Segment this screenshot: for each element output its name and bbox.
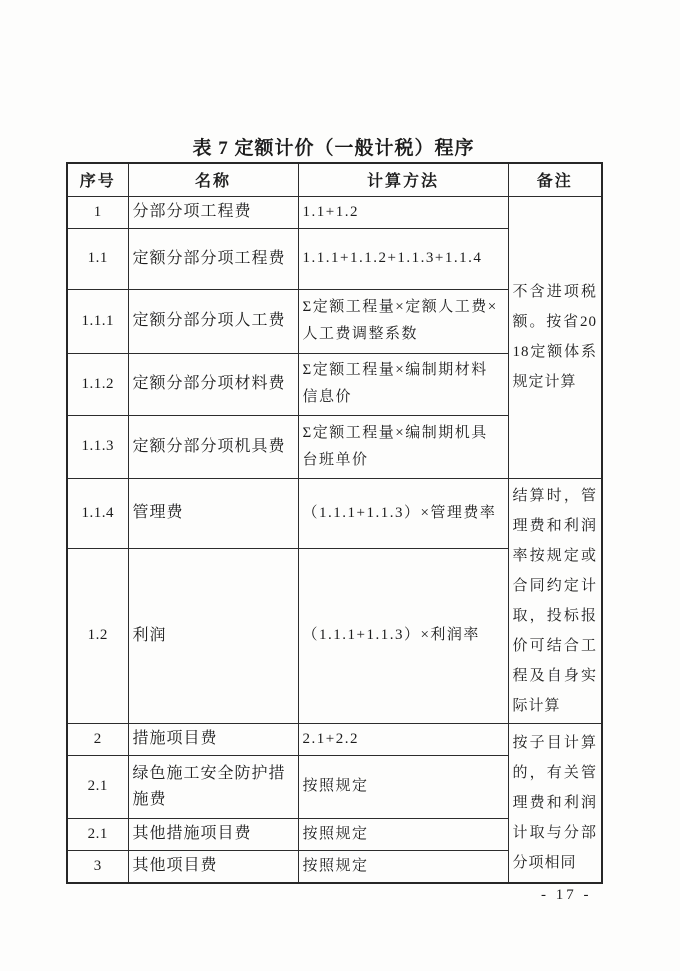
row-no-cell: 1.1.2 (67, 353, 128, 415)
row-no-cell: 3 (67, 850, 128, 883)
row-method-cell: 1.1+1.2 (298, 196, 508, 228)
row-no-cell: 1.2 (67, 549, 128, 723)
row-method-cell: （1.1.1+1.1.3）×利润率 (298, 549, 508, 723)
row-no-cell: 2.1 (67, 818, 128, 850)
row-method-cell: Σ定额工程量×编制期机具台班单价 (298, 415, 508, 478)
row-name-cell: 定额分部分项工程费 (128, 228, 298, 289)
col-header-remark: 备注 (508, 163, 602, 196)
row-name-cell: 分部分项工程费 (128, 196, 298, 228)
table-row: 1 分部分项工程费 1.1+1.2 不含进项税额。按省2018定额体系规定计算 (67, 196, 602, 228)
remark-cell-subitem: 按子目计算的，有关管理费和利润计取与分部分项相同 (508, 723, 602, 883)
row-no-cell: 2 (67, 723, 128, 755)
col-header-method: 计算方法 (298, 163, 508, 196)
remark-cell-settlement: 结算时，管理费和利润率按规定或合同约定计取，投标报价可结合工程及自身实际计算 (508, 478, 602, 723)
header-row: 序号 名称 计算方法 备注 (67, 163, 602, 196)
row-no-cell: 1.1.1 (67, 289, 128, 353)
row-method-cell: 按照规定 (298, 755, 508, 818)
row-method-cell: 按照规定 (298, 850, 508, 883)
col-header-seq: 序号 (67, 163, 128, 196)
row-name-cell: 其他项目费 (128, 850, 298, 883)
row-method-cell: 1.1.1+1.1.2+1.1.3+1.1.4 (298, 228, 508, 289)
row-name-cell: 绿色施工安全防护措施费 (128, 755, 298, 818)
page-number: - 17 - (541, 887, 592, 904)
row-name-cell: 利润 (128, 549, 298, 723)
row-name-cell: 定额分部分项机具费 (128, 415, 298, 478)
row-method-cell: Σ定额工程量×编制期材料信息价 (298, 353, 508, 415)
remark-cell-tax: 不含进项税额。按省2018定额体系规定计算 (508, 196, 602, 478)
row-method-cell: Σ定额工程量×定额人工费×人工费调整系数 (298, 289, 508, 353)
row-no-cell: 2.1 (67, 755, 128, 818)
table-caption: 表 7 定额计价（一般计税）程序 (66, 133, 601, 160)
pricing-table: 序号 名称 计算方法 备注 1 分部分项工程费 1.1+1.2 不含进项税额。按… (66, 162, 603, 884)
row-method-cell: 2.1+2.2 (298, 723, 508, 755)
row-no-cell: 1.1.4 (67, 478, 128, 549)
table-row: 1.1.4 管理费 （1.1.1+1.1.3）×管理费率 结算时，管理费和利润率… (67, 478, 602, 549)
row-name-cell: 定额分部分项材料费 (128, 353, 298, 415)
row-method-cell: （1.1.1+1.1.3）×管理费率 (298, 478, 508, 549)
row-no-cell: 1 (67, 196, 128, 228)
table-row: 2 措施项目费 2.1+2.2 按子目计算的，有关管理费和利润计取与分部分项相同 (67, 723, 602, 755)
row-name-cell: 其他措施项目费 (128, 818, 298, 850)
document-page: 表 7 定额计价（一般计税）程序 序号 名称 计算方法 备注 1 分部分项工程费… (0, 0, 680, 971)
row-name-cell: 措施项目费 (128, 723, 298, 755)
col-header-name: 名称 (128, 163, 298, 196)
row-no-cell: 1.1.3 (67, 415, 128, 478)
row-name-cell: 管理费 (128, 478, 298, 549)
row-method-cell: 按照规定 (298, 818, 508, 850)
row-name-cell: 定额分部分项人工费 (128, 289, 298, 353)
row-no-cell: 1.1 (67, 228, 128, 289)
